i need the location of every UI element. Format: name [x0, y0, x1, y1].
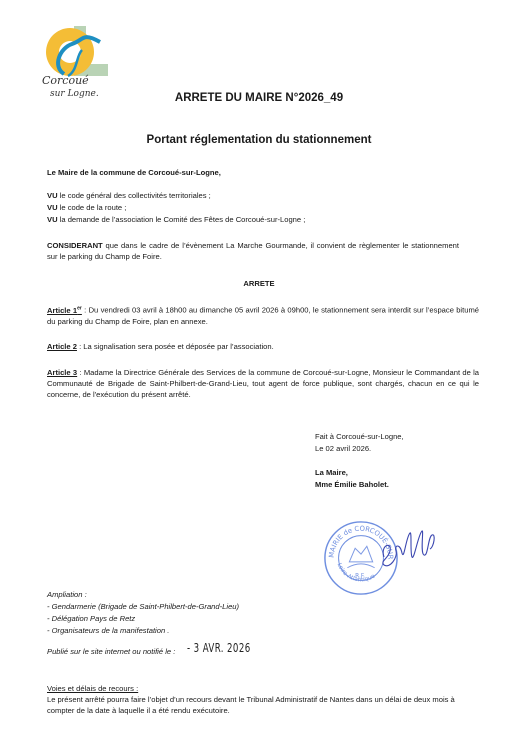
vu-line-2: VU le code de la route ; [47, 202, 126, 213]
ampliation-heading: Ampliation : [47, 589, 87, 600]
vu-text: le code général des collectivités territ… [58, 191, 211, 200]
ampliation-item: - Gendarmerie (Brigade de Saint-Philbert… [47, 601, 239, 612]
ampliation-item: - Organisateurs de la manifestation . [47, 625, 169, 636]
recours-heading: Voies et délais de recours : [47, 683, 138, 694]
municipal-logo: Corcoué sur Logne. [38, 20, 118, 100]
considerant-paragraph: CONSIDERANT que dans le cadre de l’évène… [47, 240, 459, 262]
considerant-label: CONSIDERANT [47, 241, 103, 250]
article-label: Article 3 [47, 368, 77, 377]
decree-subtitle: Portant réglementation du stationnement [0, 134, 518, 146]
article-text: : La signalisation sera posée et déposée… [77, 342, 274, 351]
article-2: Article 2 : La signalisation sera posée … [47, 341, 274, 352]
arrete-heading: ARRETE [0, 278, 518, 289]
vu-line-3: VU la demande de l’association le Comité… [47, 214, 305, 225]
publication-date-stamp: - 3 AVR. 2026 [187, 641, 251, 655]
article-label: Article 1er [47, 306, 82, 315]
article-1: Article 1er : Du vendredi 03 avril à 18h… [47, 303, 479, 327]
recours-text: Le présent arrêté pourra faire l’objet d… [47, 694, 477, 716]
signature-place: Fait à Corcoué-sur-Logne, [315, 431, 404, 442]
vu-text: la demande de l’association le Comité de… [58, 215, 306, 224]
signature-role: La Maire, [315, 467, 348, 478]
article-label: Article 2 [47, 342, 77, 351]
vu-label: VU [47, 215, 58, 224]
mayor-line: Le Maire de la commune de Corcoué-sur-Lo… [47, 167, 221, 178]
article-text: : Madame la Directrice Générale des Serv… [47, 368, 479, 399]
considerant-text: que dans le cadre de l’évènement La Marc… [47, 241, 459, 261]
article-text: : Du vendredi 03 avril à 18h00 au dimanc… [47, 306, 479, 326]
svg-text:Corcoué: Corcoué [42, 74, 89, 87]
vu-label: VU [47, 203, 58, 212]
vu-label: VU [47, 191, 58, 200]
article-3: Article 3 : Madame la Directrice Général… [47, 367, 479, 400]
mayor-signature [378, 527, 440, 571]
signature-name: Mme Émilie Baholet. [315, 479, 389, 490]
svg-text:R.F.: R.F. [355, 574, 365, 580]
ampliation-item: - Délégation Pays de Retz [47, 613, 135, 624]
vu-text: le code de la route ; [58, 203, 127, 212]
vu-line-1: VU le code général des collectivités ter… [47, 190, 211, 201]
decree-title: ARRETE DU MAIRE N°2026_49 [0, 92, 518, 104]
signature-date: Le 02 avril 2026. [315, 443, 371, 454]
publication-label: Publié sur le site internet ou notifié l… [47, 646, 175, 657]
